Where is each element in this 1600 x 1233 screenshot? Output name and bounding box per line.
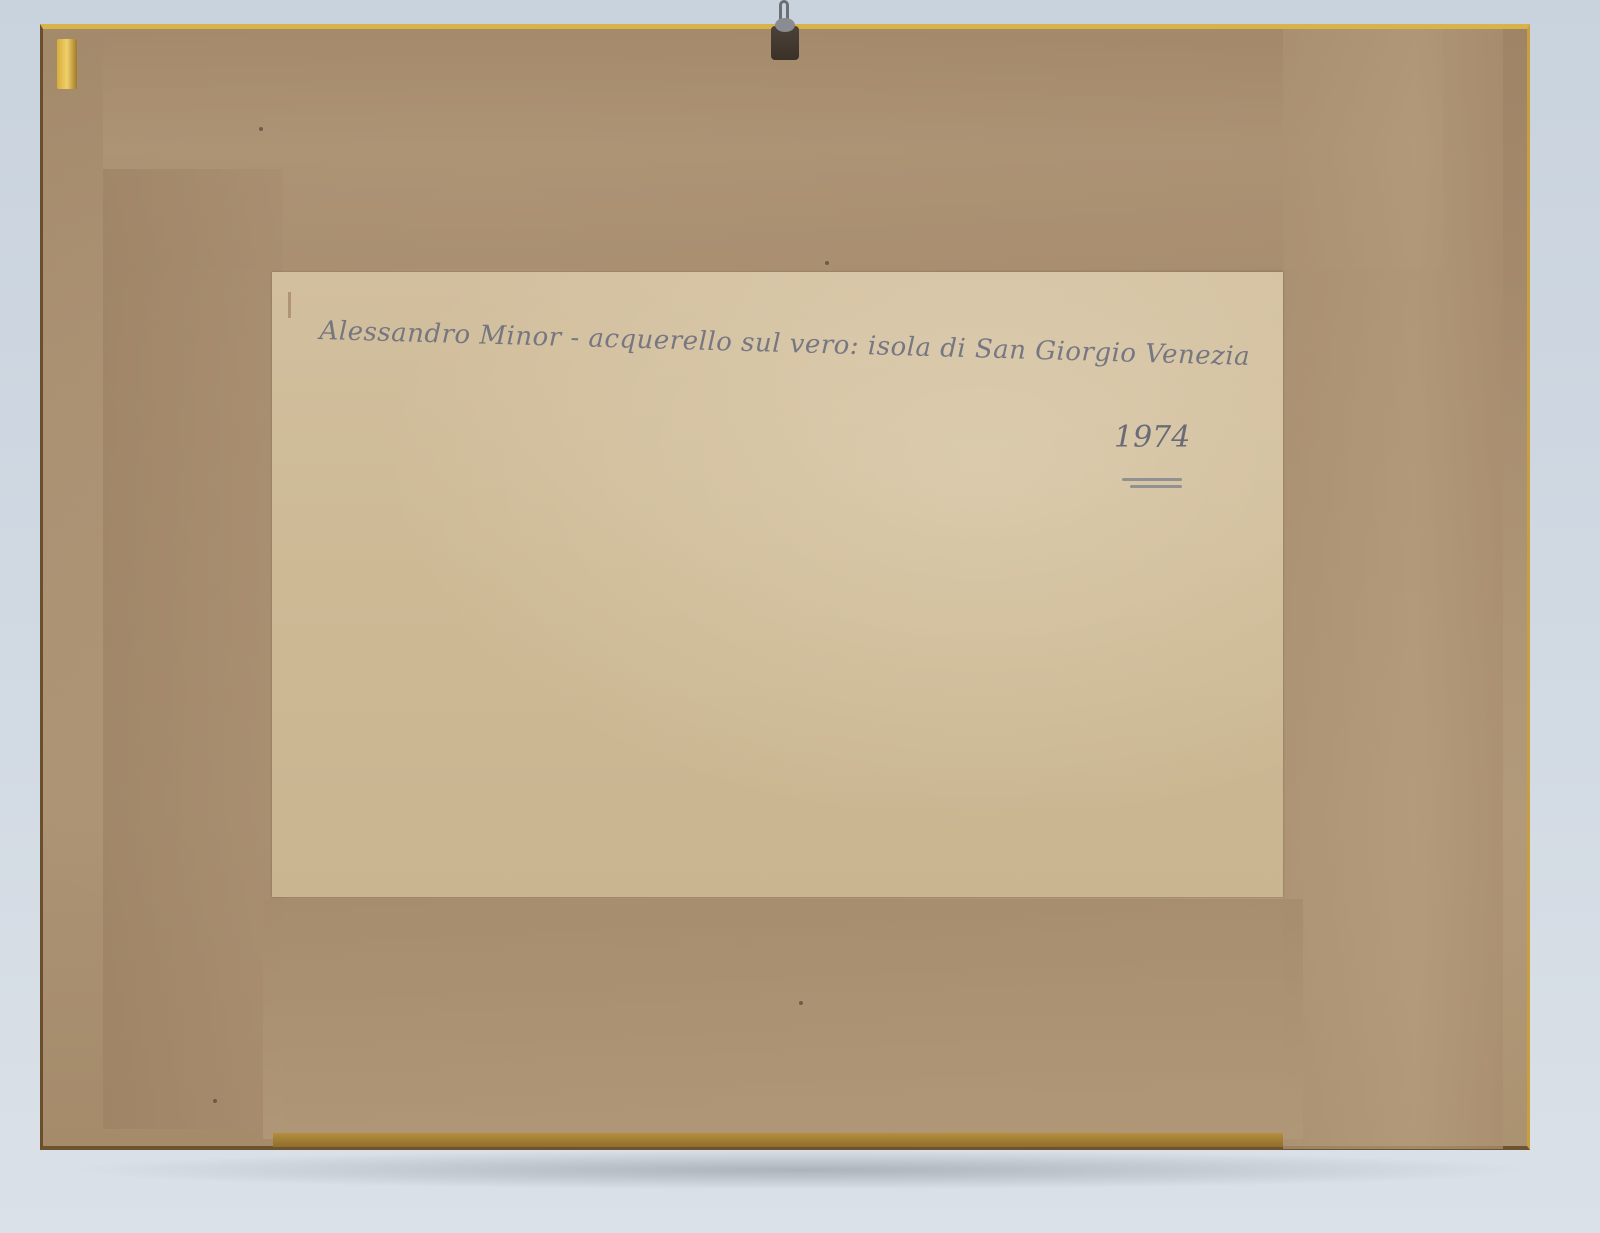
gilt-frame-edge: [273, 1133, 1283, 1147]
hanger-ring: [775, 18, 795, 32]
frame-shadow: [60, 1150, 1540, 1190]
handwritten-inscription: Alessandro Minor - acquerello sul vero: …: [319, 316, 1249, 372]
paper-spot: [259, 127, 263, 131]
picture-frame-back: Alessandro Minor - acquerello sul vero: …: [40, 24, 1530, 1150]
handwritten-year: 1974: [1114, 420, 1190, 455]
artwork-label: Alessandro Minor - acquerello sul vero: …: [272, 272, 1283, 897]
paper-spot: [213, 1099, 217, 1103]
backing-tape-left: [103, 169, 283, 1129]
paper-spot: [799, 1001, 803, 1005]
gilt-frame-corner: [57, 39, 77, 89]
year-underline: [1130, 485, 1182, 488]
backing-tape-right: [1283, 29, 1503, 1149]
pencil-mark: [288, 292, 291, 318]
backing-tape-bottom: [263, 899, 1303, 1139]
wire-hanger-icon: [765, 0, 805, 70]
paper-spot: [825, 261, 829, 265]
year-underline: [1122, 478, 1182, 481]
